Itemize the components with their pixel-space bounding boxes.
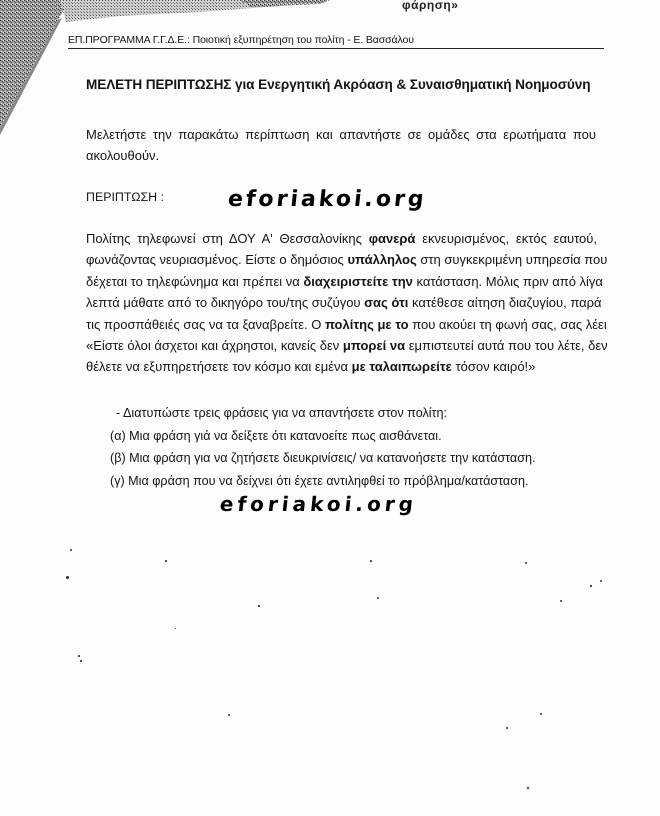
question-item: (β) Μια φράση για να ζητήσετε διευκρινίσ… xyxy=(110,447,536,470)
emphasized-text: υπάλληλος xyxy=(347,252,416,267)
text-run: δέχεται το τηλεφώνημα και πρέπει να xyxy=(86,274,303,289)
text-run: «Είστε όλοι άσχετοι και άχρηστοι, κανείς… xyxy=(86,338,343,353)
case-line: «Είστε όλοι άσχετοι και άχρηστοι, κανείς… xyxy=(86,335,597,356)
handwritten-watermark-2: eforiakoi.org xyxy=(219,492,419,516)
page-title: ΜΕΛΕΤΗ ΠΕΡΙΠΤΩΣΗΣ για Ενεργητική Ακρόαση… xyxy=(86,77,590,92)
text-run: τις προσπάθειές σας να τα ξαναβρείτε. Ο xyxy=(86,317,325,332)
instructions-line-2: ακολουθούν. xyxy=(86,148,159,163)
scan-shadow-corner xyxy=(0,0,660,200)
cropped-text-fragment: φάρηση» xyxy=(402,0,458,12)
emphasized-text: μπορεί να xyxy=(343,338,405,353)
emphasized-text: σας ότι xyxy=(364,295,408,310)
emphasized-text: διαχειριστείτε την xyxy=(303,274,412,289)
emphasized-text: φανερά xyxy=(369,231,416,246)
question-item: (α) Μια φράση γιά να δείξετε ότι κατανοε… xyxy=(110,425,536,448)
text-run: στη συγκεκριμένη υπηρεσία που xyxy=(417,252,608,267)
case-section-label: ΠΕΡΙΠΤΩΣΗ : xyxy=(86,190,164,204)
case-line: τις προσπάθειές σας να τα ξαναβρείτε. Ο … xyxy=(86,314,597,335)
instructions-paragraph: Μελετήστε την παρακάτω περίπτωση και απα… xyxy=(86,124,596,166)
question-item: (γ) Μια φράση που να δείχνει ότι έχετε α… xyxy=(110,470,536,493)
text-run: τόσον καιρό!» xyxy=(452,359,536,374)
text-run: Πολίτης τηλεφωνεί στη ΔΟΥ Α' Θεσσαλονίκη… xyxy=(86,231,369,246)
case-line: θέλετε να εξυπηρετήσετε τον κόσμο και εμ… xyxy=(86,356,597,377)
handwritten-watermark: eforiakoi.org xyxy=(227,187,428,212)
text-run: κατέθεσε αίτηση διαζυγίου, παρά xyxy=(408,295,601,310)
emphasized-text: πολίτης με το xyxy=(325,317,409,332)
case-line: φωνάζοντας νευριασμένος. Είστε ο δημόσιο… xyxy=(86,249,597,270)
instructions-line-1: Μελετήστε την παρακάτω περίπτωση και απα… xyxy=(86,124,596,145)
case-line: δέχεται το τηλεφώνημα και πρέπει να διαχ… xyxy=(86,271,597,292)
text-run: φωνάζοντας νευριασμένος. Είστε ο δημόσιο… xyxy=(86,252,347,267)
emphasized-text: με ταλαιπωρείτε xyxy=(352,359,452,374)
text-run: λεπτά μάθατε από το δικηγόρο του/της συζ… xyxy=(86,295,364,310)
text-run: εμπιστευτεί αυτά που του λέτε, δεν xyxy=(405,338,608,353)
document-header: ΕΠ.ΠΡΟΓΡΑΜΜΑ Γ.Γ.Δ.Ε.: Ποιοτική εξυπηρέτ… xyxy=(68,34,604,49)
case-line: Πολίτης τηλεφωνεί στη ΔΟΥ Α' Θεσσαλονίκη… xyxy=(86,228,597,249)
case-paragraph: Πολίτης τηλεφωνεί στη ΔΟΥ Α' Θεσσαλονίκη… xyxy=(86,228,597,378)
text-run: θέλετε να εξυπηρετήσετε τον κόσμο και εμ… xyxy=(86,359,352,374)
text-run: που ακούει τη φωνή σας, σας λέει xyxy=(409,317,607,332)
text-run: εκνευρισμένος, εκτός εαυτού, xyxy=(415,231,597,246)
text-run: κατάσταση. Μόλις πριν από λίγα xyxy=(413,274,603,289)
question-prompt: - Διατυπώστε τρεις φράσεις για να απαντή… xyxy=(110,402,536,425)
case-line: λεπτά μάθατε από το δικηγόρο του/της συζ… xyxy=(86,292,597,313)
questions-list: - Διατυπώστε τρεις φράσεις για να απαντή… xyxy=(110,402,536,492)
